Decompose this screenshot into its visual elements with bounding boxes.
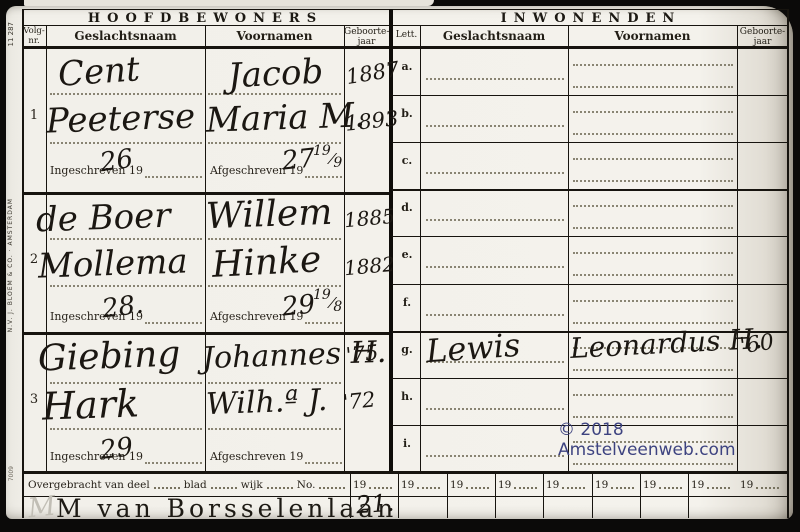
entry-rule bbox=[426, 266, 564, 268]
row-letter: b. bbox=[395, 107, 419, 120]
fill-in-rule bbox=[267, 487, 293, 489]
column-header-birthyear: Geboorte-jaar bbox=[344, 28, 389, 47]
handwritten-afgeschreven-year: 29 bbox=[281, 291, 317, 320]
entry-rule bbox=[573, 227, 733, 229]
entry-rule bbox=[426, 78, 564, 80]
year-prefix: 19 bbox=[401, 479, 414, 491]
fill-in-rule bbox=[611, 487, 634, 489]
handwritten-firstnames: Jacob bbox=[227, 55, 324, 94]
row-letter: a. bbox=[395, 60, 419, 73]
fill-in-rule bbox=[305, 176, 342, 178]
handwritten-firstnames: Wilh.ª J. bbox=[206, 386, 328, 420]
grid-line bbox=[568, 25, 569, 472]
year-cell: 19 bbox=[546, 475, 588, 491]
grid-line bbox=[688, 471, 689, 518]
group-separator-line bbox=[22, 192, 389, 195]
fill-in-rule bbox=[562, 487, 585, 489]
group-number: 1 bbox=[22, 108, 46, 123]
group-separator-line bbox=[22, 332, 389, 335]
fill-in-rule bbox=[145, 322, 202, 324]
no-label: No. bbox=[297, 479, 316, 491]
handwritten-birthyear: '75 bbox=[345, 342, 380, 366]
entry-rule bbox=[573, 111, 733, 113]
handwritten-surname: Hark bbox=[41, 384, 139, 425]
grid-line bbox=[398, 471, 399, 518]
entry-rule bbox=[573, 86, 733, 88]
handwritten-surname: Peeterse bbox=[45, 99, 195, 138]
grid-line bbox=[392, 284, 788, 285]
fill-in-rule bbox=[514, 487, 537, 489]
entry-rule bbox=[208, 238, 341, 240]
grid-line bbox=[22, 471, 788, 474]
handwritten-afgeschreven-year: 27 bbox=[281, 145, 317, 174]
grid-line bbox=[392, 236, 788, 237]
grid-line bbox=[592, 471, 593, 518]
entry-rule bbox=[573, 64, 733, 66]
column-header-volgnr: Volg-nr. bbox=[22, 27, 46, 46]
year-prefix: 19 bbox=[740, 479, 753, 491]
entry-rule bbox=[573, 463, 733, 465]
fill-in-rule bbox=[659, 487, 682, 489]
year-prefix: 19 bbox=[691, 479, 704, 491]
printer-imprint-vertical: N.V. J. BLOEM & CO. · AMSTERDAM bbox=[7, 198, 14, 332]
entry-rule bbox=[573, 300, 733, 302]
grid-line bbox=[640, 471, 641, 518]
entry-rule bbox=[573, 158, 733, 160]
entry-rule bbox=[573, 369, 733, 371]
inwonenden-title: INWONENDEN bbox=[394, 11, 788, 26]
year-cell: 19 bbox=[740, 475, 782, 491]
handwritten-birthyear: '72 bbox=[342, 389, 377, 413]
year-prefix: 19 bbox=[353, 479, 366, 491]
entry-rule bbox=[573, 274, 733, 276]
handwritten-birthyear: '60 bbox=[739, 332, 776, 359]
fraction-denominator: 9 bbox=[333, 155, 342, 171]
overgebracht-row: Overgebracht van deel blad wijk No. bbox=[28, 475, 344, 491]
entry-rule bbox=[573, 252, 733, 254]
row-letter: c. bbox=[395, 154, 419, 167]
handwritten-surname: de Boer bbox=[35, 199, 171, 238]
wijk-label: wijk bbox=[241, 479, 263, 491]
grid-line bbox=[392, 95, 788, 96]
fill-in-rule bbox=[756, 487, 779, 489]
fill-in-rule bbox=[145, 176, 202, 178]
handwritten-surname: Cent bbox=[57, 52, 141, 92]
entry-rule bbox=[573, 322, 733, 324]
hoofdbewoners-title: HOOFDBEWONERS bbox=[22, 11, 389, 26]
entry-rule bbox=[426, 408, 564, 410]
grid-line bbox=[543, 471, 544, 518]
row-letter: e. bbox=[395, 248, 419, 261]
fill-in-rule bbox=[305, 462, 342, 464]
fraction-denominator: 8 bbox=[333, 299, 342, 315]
entry-rule bbox=[426, 172, 564, 174]
fill-in-rule bbox=[466, 487, 489, 489]
handwritten-date-fraction: 19⁄9 bbox=[313, 144, 342, 170]
group-separator-line bbox=[392, 189, 788, 192]
year-prefix: 19 bbox=[643, 479, 656, 491]
entry-rule bbox=[573, 205, 733, 207]
bottom-code-vertical: 7009 bbox=[8, 466, 15, 481]
year-cell: 19 bbox=[643, 475, 685, 491]
year-prefix: 19 bbox=[450, 479, 463, 491]
handwritten-surname: Giebing bbox=[37, 337, 181, 378]
page-edge-highlight bbox=[24, 0, 434, 6]
entry-rule bbox=[426, 125, 564, 127]
handwritten-birthyear: 1882 bbox=[343, 254, 395, 278]
year-cell: 19 bbox=[498, 475, 540, 491]
fill-in-rule bbox=[707, 487, 730, 489]
handwritten-birthyear: 1885 bbox=[343, 206, 395, 230]
blad-label: blad bbox=[184, 479, 207, 491]
ghost-handwriting: M bbox=[26, 491, 57, 525]
grid-line bbox=[447, 471, 448, 518]
year-cell: 19 bbox=[401, 475, 443, 491]
handwritten-ingeschreven-year: 29 bbox=[99, 434, 135, 464]
entry-rule bbox=[208, 428, 341, 430]
column-header-firstnames: Voornamen bbox=[568, 30, 737, 43]
handwritten-surname: Lewis bbox=[425, 329, 521, 367]
fill-in-rule bbox=[145, 462, 202, 464]
fill-in-rule bbox=[417, 487, 440, 489]
handwritten-birthyear: 1893 bbox=[344, 108, 399, 134]
handwritten-ingeschreven-year: 28. bbox=[101, 292, 145, 323]
grid-line bbox=[392, 378, 788, 379]
entry-rule bbox=[426, 455, 564, 457]
entry-rule bbox=[50, 428, 202, 430]
entry-rule bbox=[573, 133, 733, 135]
fill-in-rule bbox=[319, 487, 345, 489]
afgeschreven-label: Afgeschreven 19 bbox=[210, 450, 303, 463]
fill-in-rule bbox=[211, 487, 237, 489]
street-name: M van Borsselenlaan bbox=[56, 494, 397, 523]
handwritten-surname: Mollema bbox=[37, 244, 188, 283]
grid-line bbox=[495, 471, 496, 518]
year-cell: 19 bbox=[691, 475, 733, 491]
year-prefix: 19 bbox=[498, 479, 511, 491]
grid-line bbox=[420, 25, 421, 472]
grid-line bbox=[392, 142, 788, 143]
handwritten-firstnames: Willem bbox=[205, 195, 333, 235]
handwritten-ingeschreven-year: 26 bbox=[98, 146, 134, 176]
handwritten-date-fraction: 19⁄8 bbox=[313, 288, 342, 314]
year-cell: 19 bbox=[450, 475, 492, 491]
entry-rule bbox=[573, 180, 733, 182]
year-prefix: 19 bbox=[546, 479, 559, 491]
entry-rule bbox=[573, 416, 733, 418]
column-header-lett: Lett. bbox=[393, 31, 420, 41]
row-letter: i. bbox=[395, 437, 419, 450]
entry-rule bbox=[426, 219, 564, 221]
row-letter: f. bbox=[395, 296, 419, 309]
handwritten-firstnames: Maria M. bbox=[205, 98, 365, 138]
grid-line bbox=[737, 25, 738, 472]
fraction-numerator: 19 bbox=[313, 143, 331, 159]
fraction-numerator: 19 bbox=[313, 287, 331, 303]
column-header-birthyear: Geboorte-jaar bbox=[738, 28, 787, 47]
year-prefix: 19 bbox=[595, 479, 608, 491]
entry-rule bbox=[573, 394, 733, 396]
entry-rule bbox=[426, 314, 564, 316]
watermark: © 2018 Amstelveenweb.com bbox=[558, 420, 800, 460]
row-letter: h. bbox=[395, 390, 419, 403]
form-number-vertical: 11 287 bbox=[7, 22, 15, 47]
row-letter: d. bbox=[395, 201, 419, 214]
column-header-firstnames: Voornamen bbox=[205, 30, 344, 43]
overgebracht-label: Overgebracht van deel bbox=[28, 479, 150, 491]
fill-in-rule bbox=[154, 487, 180, 489]
grid-line bbox=[22, 9, 788, 10]
handwritten-house-number: 21. bbox=[355, 491, 395, 518]
column-header-surname: Geslachtsnaam bbox=[420, 30, 568, 43]
fill-in-rule bbox=[305, 322, 342, 324]
row-letter: g. bbox=[395, 343, 419, 356]
handwritten-firstnames: Hinke bbox=[211, 242, 322, 284]
column-header-surname: Geslachtsnaam bbox=[46, 30, 205, 43]
year-cell: 19 bbox=[595, 475, 637, 491]
